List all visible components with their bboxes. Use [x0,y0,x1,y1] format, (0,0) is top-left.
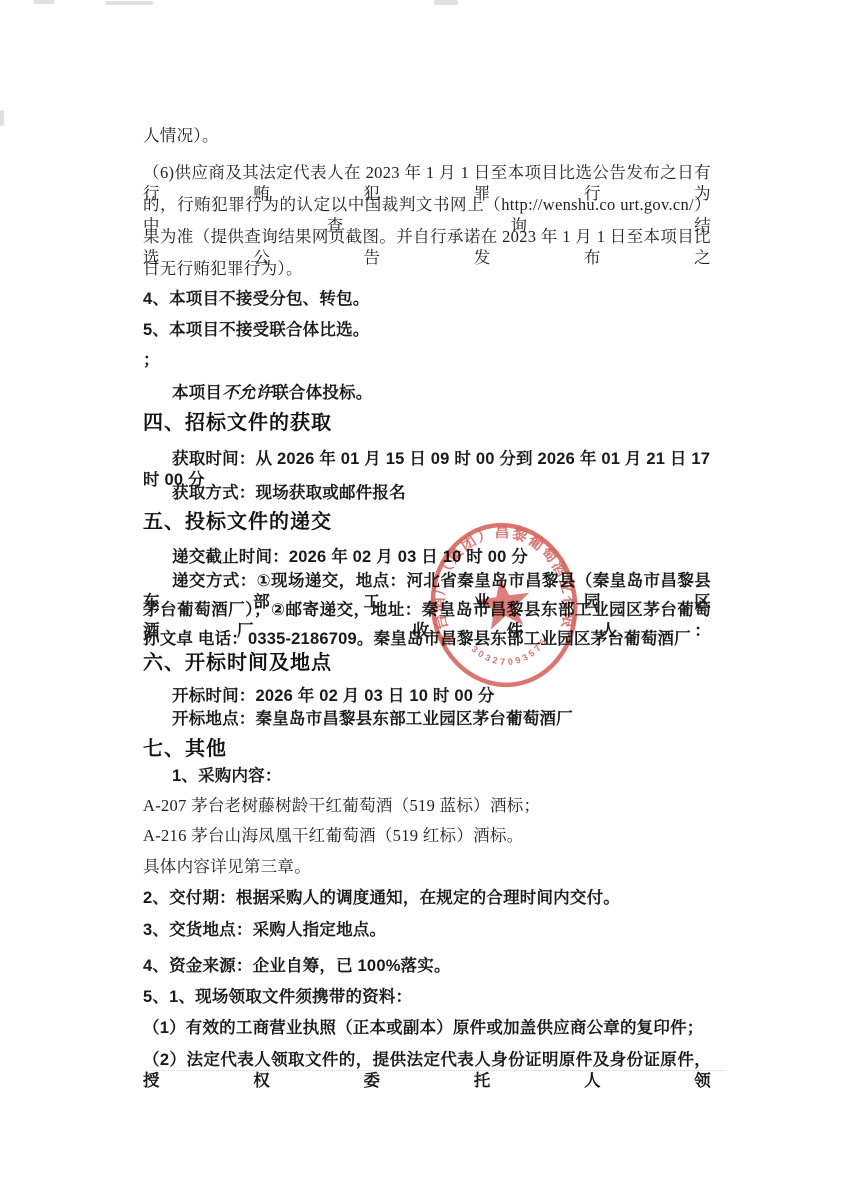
delivery-place-line: 3、交货地点：采购人指定地点。 [143,920,711,941]
scan-smudge [434,0,458,5]
obtain-method-line: 获取方式：现场获取或邮件报名 [143,483,711,504]
funding-source-line: 4、资金来源：企业自筹，已 100%落实。 [143,956,711,977]
clause-no-subcontract: 4、本项目不接受分包、转包。 [143,289,711,310]
section-heading-4-document-obtaining: 四、招标文件的获取 [143,411,711,436]
material-item-1: （1）有效的工商营业执照（正本或副本）原件或加盖供应商公章的复印件； [143,1018,711,1039]
clause-no-joint-bid: 本项目不允许联合体投标。 [143,383,711,404]
section-heading-6-opening-time-place: 六、开标时间及地点 [143,651,711,676]
scan-smudge [0,110,4,126]
section-heading-5-bid-submission: 五、投标文件的递交 [143,510,711,535]
material-item-2: （2）法定代表人领取文件的，提供法定代表人身份证明原件及身份证原件，授权委托人领 [143,1050,711,1091]
product-item-a216: A-216 茅台山海凤凰干红葡萄酒（519 红标）酒标。 [143,826,711,847]
paragraph-line: 人情况）。 [143,126,711,147]
opening-place-line: 开标地点：秦皇岛市昌黎县东部工业园区茅台葡萄酒厂 [143,709,711,730]
paragraph-line: 日无行贿犯罪行为）。 [143,259,711,280]
delivery-period-line: 2、交付期：根据采购人的调度通知，在规定的合理时间内交付。 [143,888,711,909]
procurement-content-label: 1、采购内容： [143,766,711,787]
clause-pre-text: 本项目 [172,384,222,402]
scan-smudge [33,0,55,4]
contact-phone-line: 孙文卓 电话：0335-2186709。秦皇岛市昌黎县东部工业园区茅台葡萄酒厂 [143,629,711,650]
product-item-a207: A-207 茅台老树藤树龄干红葡萄酒（519 蓝标）酒标； [143,796,711,817]
onsite-materials-label: 5、1、现场领取文件须携带的资料： [143,987,711,1008]
section-heading-7-others: 七、其他 [143,737,711,762]
document-page: 人情况）。 （6)供应商及其法定代表人在 2023 年 1 月 1 日至本项目比… [0,0,850,1203]
scan-smudge [105,1,153,5]
see-chapter-three-line: 具体内容详见第三章。 [143,857,711,878]
submission-deadline-line: 递交截止时间：2026 年 02 月 03 日 10 时 00 分 [143,547,711,568]
stray-semicolon: ； [143,350,711,371]
clause-post-text: 联合体投标。 [272,384,372,402]
clause-no-consortium: 5、本项目不接受联合体比选。 [143,320,711,341]
opening-time-line: 开标时间：2026 年 02 月 03 日 10 时 00 分 [143,686,711,707]
clause-italic-text: 不允许 [222,384,272,402]
